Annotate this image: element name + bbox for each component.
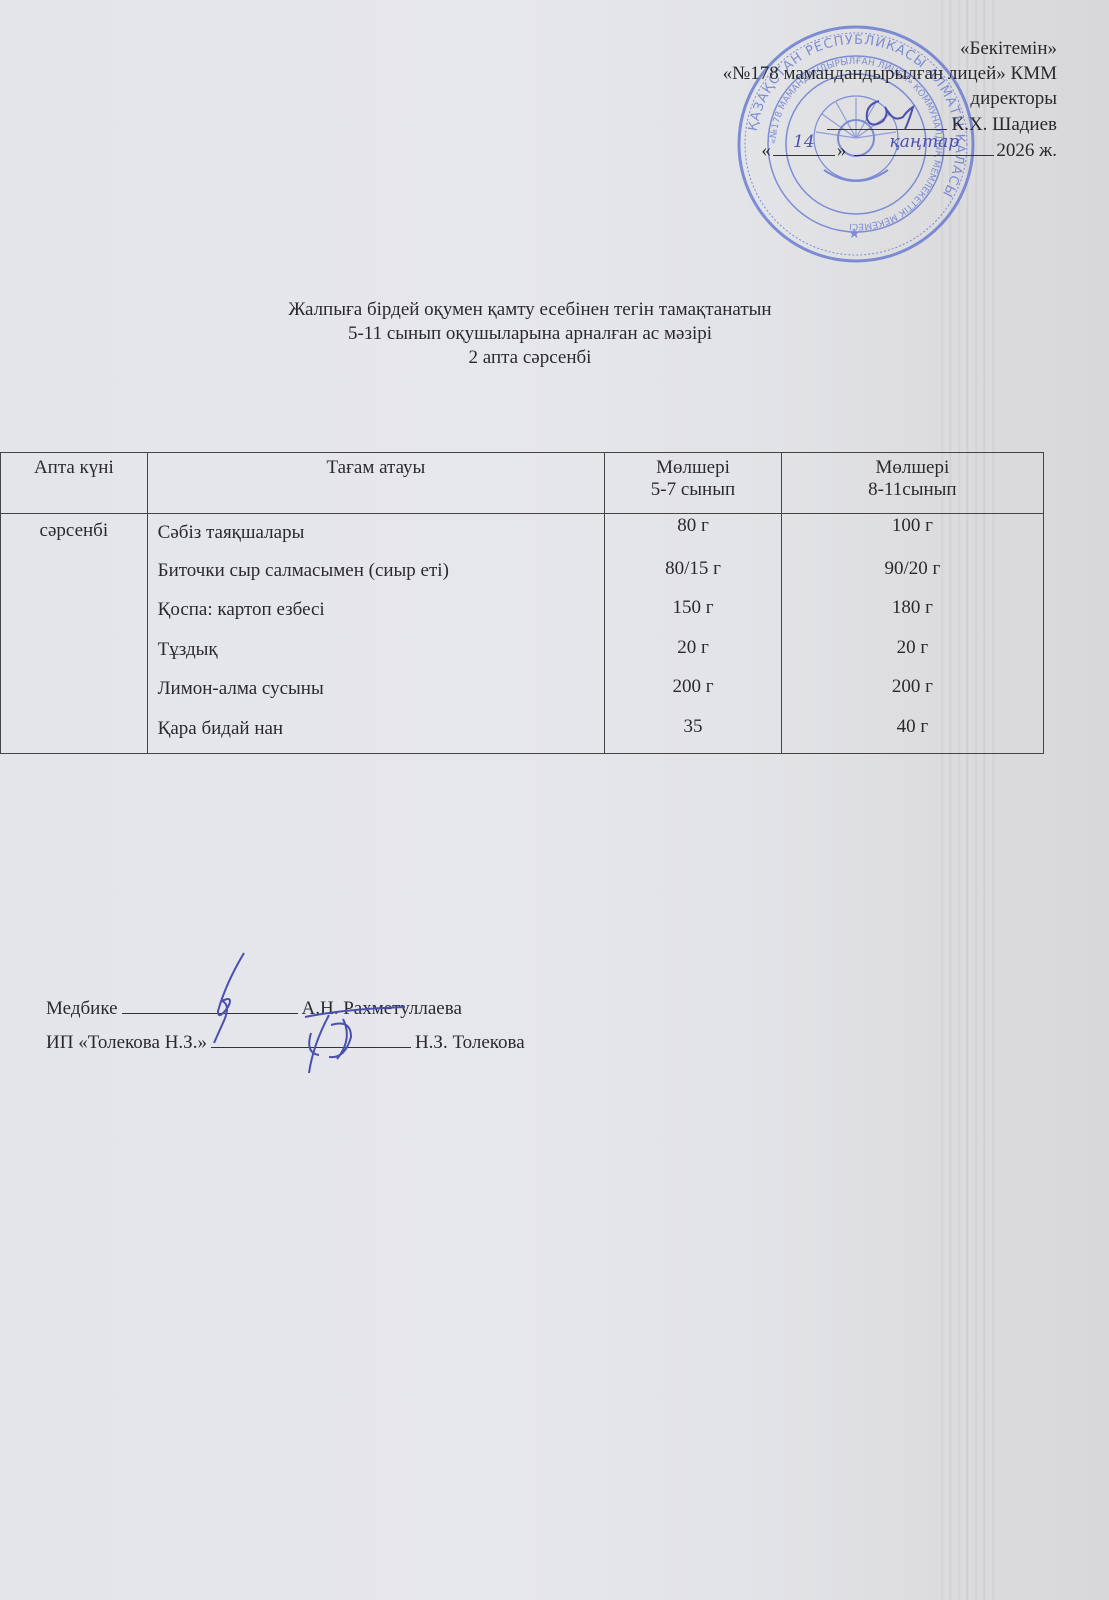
title-line-3: 2 апта сәрсенбі [0,346,1060,370]
qty-5-7: 80 г [605,514,781,554]
header-day: Апта күні [1,453,148,514]
qty-8-11: 100 г [782,514,1043,554]
signature-role: ИП «Толекова Н.З.» [46,1026,207,1060]
date-day-field: 14 [773,137,835,156]
dish-name: Тұздық [148,635,605,675]
signature-line [122,993,298,1014]
approval-position: директоры [723,86,1057,111]
dish-column: Сәбіз таяқшаларыБиточки сыр салмасымен (… [147,514,605,754]
signature-row-nurse: Медбике А.Н. Рахметуллаева [46,992,525,1026]
header-qty-8-11: Мөлшері 8-11сынып [781,453,1043,514]
document-page: ҚАЗАҚСТАН РЕСПУБЛИКАСЫ АЛМАТЫ ҚАЛАСЫ «№1… [0,0,1109,1600]
svg-text:★: ★ [848,226,861,242]
dish-name: Сәбіз таяқшалары [148,516,605,556]
qty-5-7: 20 г [605,633,781,673]
document-title: Жалпыға бірдей оқумен қамту есебінен тег… [0,298,1060,370]
table-header-row: Апта күні Тағам атауы Мөлшері 5-7 сынып … [1,453,1044,514]
qty-5-7: 80/15 г [605,554,781,594]
approval-block: «Бекітемін» «№178 мамандандырылған лицей… [723,36,1057,163]
director-signature-line [827,111,947,130]
date-day-value: 14 [773,130,835,155]
qty-8-11: 40 г [782,712,1043,752]
approval-heading: «Бекітемін» [723,36,1057,61]
date-month-field: қаңтар [854,137,994,156]
approval-date: « 14 » қаңтар 2026 ж. [723,137,1057,163]
signatures-block: Медбике А.Н. Рахметуллаева ИП «Толекова … [46,992,525,1060]
signature-role: Медбике [46,992,118,1026]
table-row: сәрсенбі Сәбіз таяқшаларыБиточки сыр сал… [1,514,1044,754]
qty-8-11: 180 г [782,593,1043,633]
signature-name: А.Н. Рахметуллаева [302,992,462,1026]
signature-name: Н.З. Толекова [415,1026,525,1060]
dish-name: Лимон-алма сусыны [148,674,605,714]
signature-row-supplier: ИП «Толекова Н.З.» Н.З. Толекова [46,1026,525,1060]
signature-line [211,1027,411,1048]
qty-5-7-column: 80 г80/15 г150 г20 г200 г35 [605,514,782,754]
approval-organization: «№178 мамандандырылған лицей» КММ [723,61,1057,86]
qty-8-11-column: 100 г90/20 г180 г20 г200 г40 г [781,514,1043,754]
qty-5-7: 200 г [605,672,781,712]
qty-5-7: 150 г [605,593,781,633]
menu-table: Апта күні Тағам атауы Мөлшері 5-7 сынып … [0,452,1044,754]
dish-name: Қоспа: картоп езбесі [148,595,605,635]
day-cell: сәрсенбі [1,514,148,754]
title-line-1: Жалпыға бірдей оқумен қамту есебінен тег… [0,298,1060,322]
qty-8-11: 90/20 г [782,554,1043,594]
dish-name: Қара бидай нан [148,714,605,754]
title-line-2: 5-11 сынып оқушыларына арналған ас мәзір… [0,322,1060,346]
header-qty-5-7: Мөлшері 5-7 сынып [605,453,782,514]
header-dish: Тағам атауы [147,453,605,514]
qty-5-7: 35 [605,712,781,752]
qty-8-11: 200 г [782,672,1043,712]
date-year: 2026 ж. [996,138,1057,163]
dish-name: Биточки сыр салмасымен (сиыр еті) [148,556,605,596]
date-month-value: қаңтар [854,130,994,155]
qty-8-11: 20 г [782,633,1043,673]
